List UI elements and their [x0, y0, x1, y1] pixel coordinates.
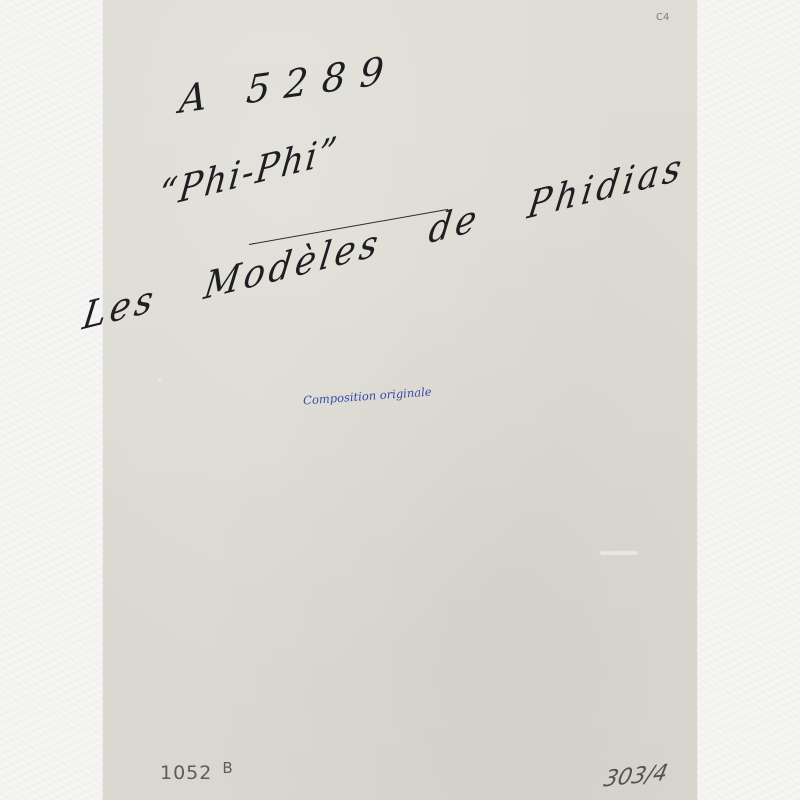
- inventory-number-suffix: B: [222, 759, 233, 777]
- paper-scuff: [600, 551, 638, 555]
- inventory-number: 1052B: [160, 762, 234, 784]
- inventory-number-main: 1052: [160, 762, 212, 784]
- corner-pencil-mark: C4: [656, 12, 669, 23]
- paper-scuff: [158, 378, 161, 381]
